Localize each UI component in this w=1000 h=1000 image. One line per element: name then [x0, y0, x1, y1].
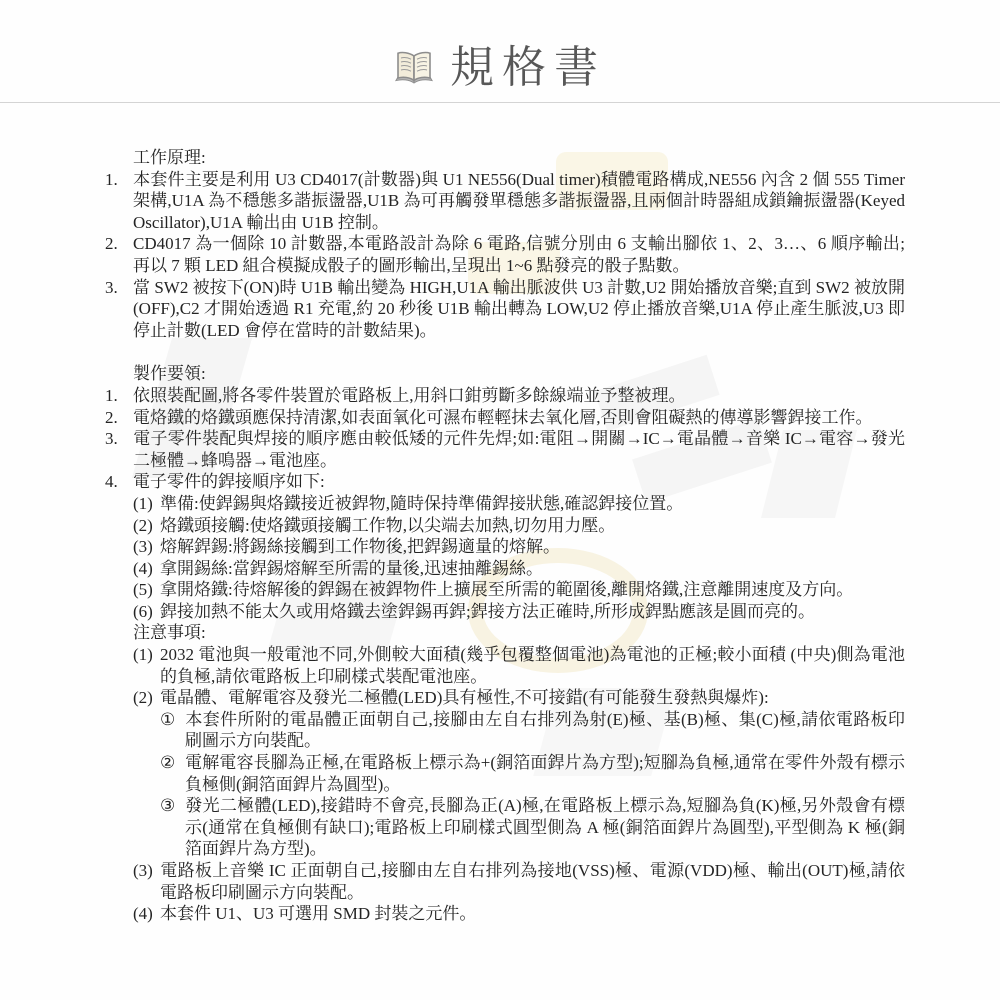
list-marker: 2.: [105, 407, 133, 429]
section-heading: 注意事項:: [133, 622, 905, 644]
page-title: 規格書: [450, 46, 606, 90]
list-marker: 1.: [105, 169, 133, 191]
spec-sheet-page: 規格書 工作原理:1.本套件主要是利用 U3 CD4017(計數器)與 U1 N…: [0, 0, 1000, 1000]
list-marker: (3): [133, 536, 160, 558]
paragraph-text: 電子零件的銲接順序如下:: [133, 472, 325, 491]
list-marker: ③: [160, 795, 185, 817]
paragraph-text: 發光二極體(LED),接錯時不會亮,長腳為正(A)極,在電路板上標示為,短腳為負…: [185, 796, 905, 858]
paragraph: (6)銲接加熱不能太久或用烙鐵去塗銲錫再銲;銲接方法正確時,所形成銲點應該是圓而…: [133, 601, 905, 623]
paragraph-text: 準備:使銲錫與烙鐵接近被銲物,隨時保持準備銲接狀態,確認銲接位置。: [160, 494, 683, 513]
paragraph-text: 依照裝配圖,將各零件裝置於電路板上,用斜口鉗剪斷多餘線端並予整被理。: [133, 386, 686, 405]
paragraph-text: CD4017 為一個除 10 計數器,本電路設計為除 6 電路,信號分別由 6 …: [133, 234, 905, 275]
paragraph-text: 工作原理:: [133, 148, 206, 167]
paragraph-text: 電烙鐵的烙鐵頭應保持清潔,如表面氧化可濕布輕輕抹去氧化層,否則會阻礙熱的傳導影響…: [133, 408, 873, 427]
paragraph-text: 當 SW2 被按下(ON)時 U1B 輸出變為 HIGH,U1A 輸出脈波供 U…: [133, 278, 905, 340]
paragraph: (3)熔解銲錫:將錫絲接觸到工作物後,把銲錫適量的熔解。: [133, 536, 905, 558]
list-marker: (1): [133, 493, 160, 515]
section-heading: 製作要領:: [105, 363, 905, 385]
document-body: 工作原理:1.本套件主要是利用 U3 CD4017(計數器)與 U1 NE556…: [105, 147, 905, 925]
list-marker: 3.: [105, 277, 133, 299]
paragraph: ①本套件所附的電晶體正面朝自己,接腳由左自右排列為射(E)極、基(B)極、集(C…: [160, 709, 905, 752]
paragraph: 2.CD4017 為一個除 10 計數器,本電路設計為除 6 電路,信號分別由 …: [105, 233, 905, 276]
paragraph: (1)準備:使銲錫與烙鐵接近被銲物,隨時保持準備銲接狀態,確認銲接位置。: [133, 493, 905, 515]
open-book-icon: [394, 50, 434, 86]
list-marker: (4): [133, 558, 160, 580]
title-row: 規格書: [0, 0, 1000, 90]
list-marker: 1.: [105, 385, 133, 407]
list-marker: (3): [133, 860, 160, 882]
list-marker: (4): [133, 903, 160, 925]
spacer: [105, 341, 905, 363]
paragraph: (4)本套件 U1、U3 可選用 SMD 封裝之元件。: [133, 903, 905, 925]
list-marker: (2): [133, 687, 160, 709]
paragraph: 4.電子零件的銲接順序如下:: [105, 471, 905, 493]
paragraph: (2)烙鐵頭接觸:使烙鐵頭接觸工作物,以尖端去加熱,切勿用力壓。: [133, 515, 905, 537]
paragraph: (4)拿開錫絲:當銲錫熔解至所需的量後,迅速抽離錫絲。: [133, 558, 905, 580]
paragraph-text: 電晶體、電解電容及發光二極體(LED)具有極性,不可接錯(有可能發生發熱與爆炸)…: [160, 688, 769, 707]
paragraph: (1)2032 電池與一般電池不同,外側較大面積(幾乎包覆整個電池)為電池的正極…: [133, 644, 905, 687]
paragraph-text: 本套件所附的電晶體正面朝自己,接腳由左自右排列為射(E)極、基(B)極、集(C)…: [185, 710, 905, 751]
paragraph-text: 製作要領:: [133, 364, 206, 383]
paragraph: ③發光二極體(LED),接錯時不會亮,長腳為正(A)極,在電路板上標示為,短腳為…: [160, 795, 905, 860]
list-marker: (1): [133, 644, 160, 666]
paragraph-text: 本套件主要是利用 U3 CD4017(計數器)與 U1 NE556(Dual t…: [133, 170, 905, 232]
list-marker: 2.: [105, 233, 133, 255]
paragraph-text: 電路板上音樂 IC 正面朝自己,接腳由左自右排列為接地(VSS)極、電源(VDD…: [160, 861, 905, 902]
paragraph-text: 電解電容長腳為正極,在電路板上標示為+(銅箔面銲片為方型);短腳為負極,通常在零…: [185, 753, 905, 794]
paragraph: 1.本套件主要是利用 U3 CD4017(計數器)與 U1 NE556(Dual…: [105, 169, 905, 234]
list-marker: ①: [160, 709, 185, 731]
paragraph-text: 烙鐵頭接觸:使烙鐵頭接觸工作物,以尖端去加熱,切勿用力壓。: [160, 516, 615, 535]
paragraph-text: 電子零件裝配與焊接的順序應由較低矮的元件先焊;如:電阻→開關→IC→電晶體→音樂…: [133, 429, 905, 470]
list-marker: 3.: [105, 428, 133, 450]
paragraph-text: 銲接加熱不能太久或用烙鐵去塗銲錫再銲;銲接方法正確時,所形成銲點應該是圓而亮的。: [160, 602, 815, 621]
list-marker: (5): [133, 579, 160, 601]
paragraph-text: 熔解銲錫:將錫絲接觸到工作物後,把銲錫適量的熔解。: [160, 537, 560, 556]
paragraph: (5)拿開烙鐵:待熔解後的銲錫在被銲物件上擴展至所需的範圍後,離開烙鐵,注意離開…: [133, 579, 905, 601]
paragraph: 3.電子零件裝配與焊接的順序應由較低矮的元件先焊;如:電阻→開關→IC→電晶體→…: [105, 428, 905, 471]
paragraph-text: 拿開錫絲:當銲錫熔解至所需的量後,迅速抽離錫絲。: [160, 559, 543, 578]
paragraph: (3)電路板上音樂 IC 正面朝自己,接腳由左自右排列為接地(VSS)極、電源(…: [133, 860, 905, 903]
paragraph-text: 拿開烙鐵:待熔解後的銲錫在被銲物件上擴展至所需的範圍後,離開烙鐵,注意離開速度及…: [160, 580, 853, 599]
list-marker: 4.: [105, 471, 133, 493]
paragraph: 2.電烙鐵的烙鐵頭應保持清潔,如表面氧化可濕布輕輕抹去氧化層,否則會阻礙熱的傳導…: [105, 407, 905, 429]
section-heading: 工作原理:: [105, 147, 905, 169]
paragraph-text: 注意事項:: [133, 623, 206, 642]
page-header: 規格書: [0, 0, 1000, 103]
paragraph: ②電解電容長腳為正極,在電路板上標示為+(銅箔面銲片為方型);短腳為負極,通常在…: [160, 752, 905, 795]
list-marker: (2): [133, 515, 160, 537]
list-marker: (6): [133, 601, 160, 623]
header-divider: [0, 102, 1000, 103]
paragraph-text: 本套件 U1、U3 可選用 SMD 封裝之元件。: [160, 904, 476, 923]
paragraph-text: 2032 電池與一般電池不同,外側較大面積(幾乎包覆整個電池)為電池的正極;較小…: [160, 645, 905, 686]
list-marker: ②: [160, 752, 185, 774]
paragraph: 1.依照裝配圖,將各零件裝置於電路板上,用斜口鉗剪斷多餘線端並予整被理。: [105, 385, 905, 407]
paragraph: (2)電晶體、電解電容及發光二極體(LED)具有極性,不可接錯(有可能發生發熱與…: [133, 687, 905, 709]
paragraph: 3.當 SW2 被按下(ON)時 U1B 輸出變為 HIGH,U1A 輸出脈波供…: [105, 277, 905, 342]
